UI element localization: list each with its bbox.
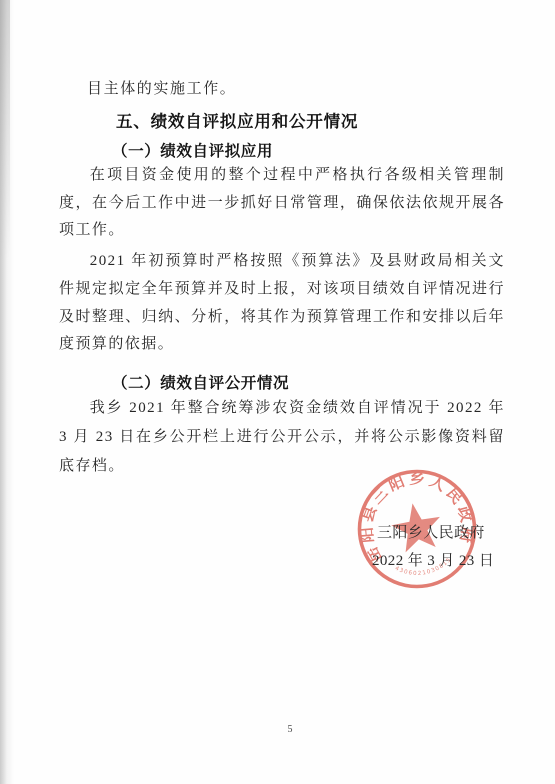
section-heading: 五、绩效自评拟应用和公开情况 (116, 108, 358, 132)
scan-edge-shadow (0, 0, 14, 784)
document-page: 目主体的实施工作。 五、绩效自评拟应用和公开情况 （一）绩效自评拟应用 在项目资… (0, 0, 555, 784)
signature-date: 2022 年 3 月 23 日 (372, 549, 494, 570)
body-paragraph: 2021 年初预算时严格按照《预算法》及县财政局相关文件规定拟定全年预算并及时上… (59, 248, 505, 359)
continuation-line: 目主体的实施工作。 (87, 77, 236, 98)
page-number: 5 (283, 724, 297, 735)
body-paragraph: 在项目资金使用的整个过程中严格执行各级相关管理制度，在今后工作中进一步抓好日常管… (59, 162, 505, 245)
subsection-heading-1: （一）绩效自评拟应用 (112, 139, 273, 161)
subsection-heading-2: （二）绩效自评公开情况 (112, 371, 289, 393)
signature-organization: 三阳乡人民政府 (377, 521, 485, 542)
scan-edge-corner-shadow (0, 0, 10, 260)
